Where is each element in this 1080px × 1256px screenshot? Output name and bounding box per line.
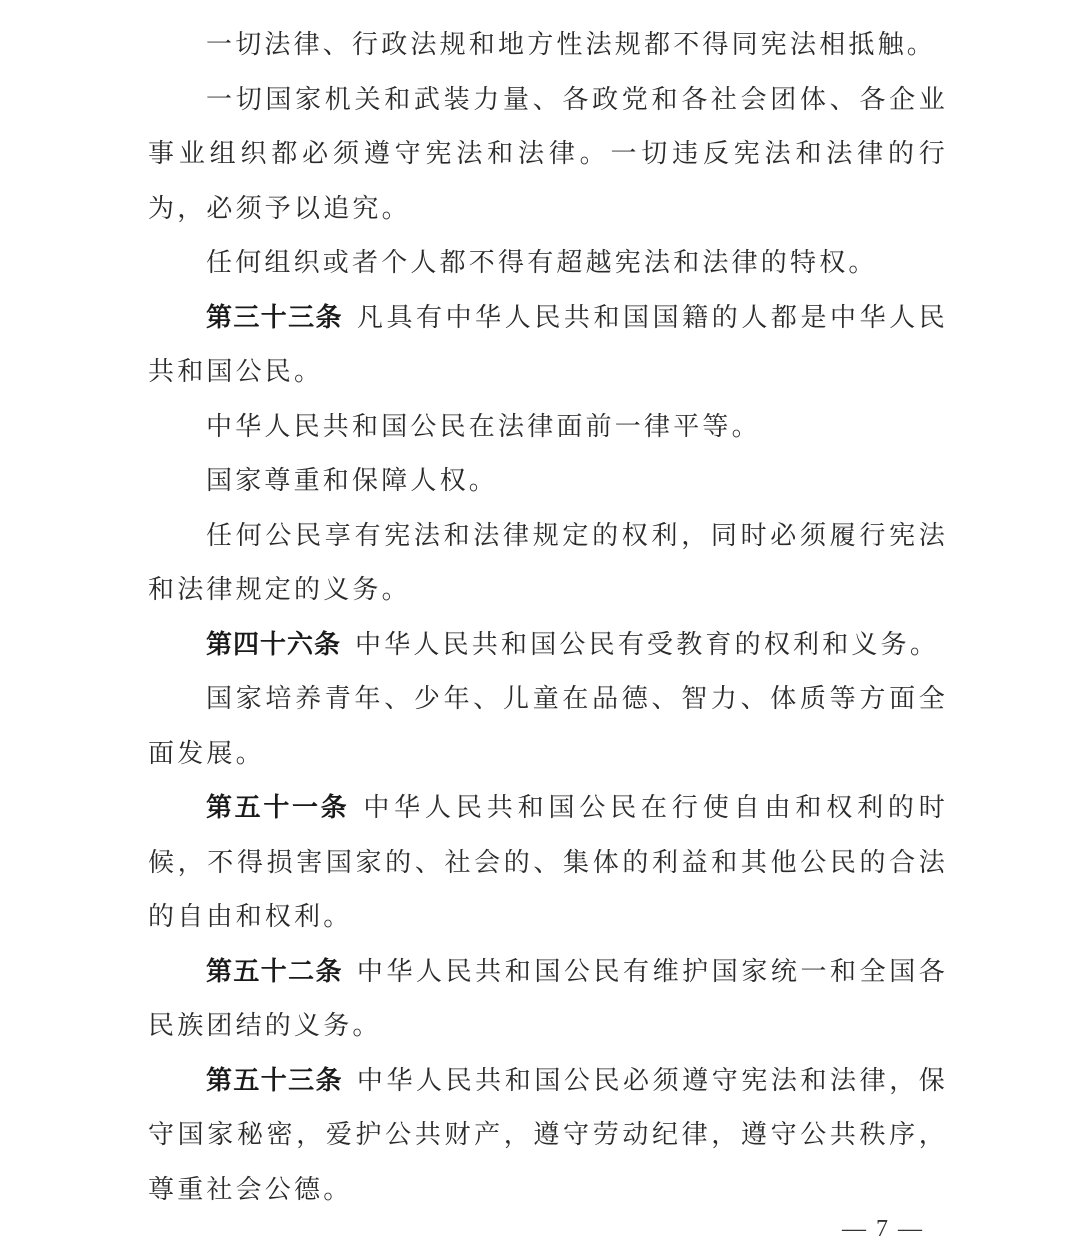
paragraph: 一切法律、行政法规和地方性法规都不得同宪法相抵触。 bbox=[148, 18, 948, 73]
paragraph: 任何组织或者个人都不得有超越宪法和法律的特权。 bbox=[148, 236, 948, 291]
article-heading: 第五十一条 bbox=[206, 793, 349, 823]
article-heading: 第五十二条 bbox=[206, 957, 343, 987]
paragraph: 国家培养青年、少年、儿童在品德、智力、体质等方面全面发展。 bbox=[148, 672, 948, 781]
paragraph-text: 一切法律、行政法规和地方性法规都不得同宪法相抵触。 bbox=[206, 30, 936, 60]
paragraph-text: 中华人民共和国公民有受教育的权利和义务。 bbox=[355, 630, 939, 660]
paragraph-text: 一切国家机关和武装力量、各政党和各社会团体、各企业事业组织都必须遵守宪法和法律。… bbox=[148, 85, 948, 224]
paragraph-text: 任何组织或者个人都不得有超越宪法和法律的特权。 bbox=[206, 248, 878, 278]
document-page: 一切法律、行政法规和地方性法规都不得同宪法相抵触。 一切国家机关和武装力量、各政… bbox=[148, 18, 948, 1217]
page-number: — 7 — bbox=[842, 1216, 924, 1243]
paragraph: 国家尊重和保障人权。 bbox=[148, 454, 948, 509]
paragraph: 一切国家机关和武装力量、各政党和各社会团体、各企业事业组织都必须遵守宪法和法律。… bbox=[148, 73, 948, 237]
article-52-paragraph: 第五十二条中华人民共和国公民有维护国家统一和全国各民族团结的义务。 bbox=[148, 945, 948, 1054]
article-heading: 第四十六条 bbox=[206, 630, 341, 660]
paragraph-text: 任何公民享有宪法和法律规定的权利，同时必须履行宪法和法律规定的义务。 bbox=[148, 521, 948, 606]
paragraph: 任何公民享有宪法和法律规定的权利，同时必须履行宪法和法律规定的义务。 bbox=[148, 509, 948, 618]
paragraph-text: 国家尊重和保障人权。 bbox=[206, 466, 498, 496]
article-46-paragraph: 第四十六条中华人民共和国公民有受教育的权利和义务。 bbox=[148, 618, 948, 673]
paragraph-text: 中华人民共和国公民在法律面前一律平等。 bbox=[206, 412, 761, 442]
article-53-paragraph: 第五十三条中华人民共和国公民必须遵守宪法和法律，保守国家秘密，爱护公共财产，遵守… bbox=[148, 1054, 948, 1218]
article-heading: 第五十三条 bbox=[206, 1066, 343, 1096]
article-heading: 第三十三条 bbox=[206, 303, 343, 333]
paragraph: 中华人民共和国公民在法律面前一律平等。 bbox=[148, 400, 948, 455]
article-51-paragraph: 第五十一条中华人民共和国公民在行使自由和权利的时候，不得损害国家的、社会的、集体… bbox=[148, 781, 948, 945]
paragraph-text: 国家培养青年、少年、儿童在品德、智力、体质等方面全面发展。 bbox=[148, 684, 948, 769]
article-33-paragraph: 第三十三条凡具有中华人民共和国国籍的人都是中华人民共和国公民。 bbox=[148, 291, 948, 400]
